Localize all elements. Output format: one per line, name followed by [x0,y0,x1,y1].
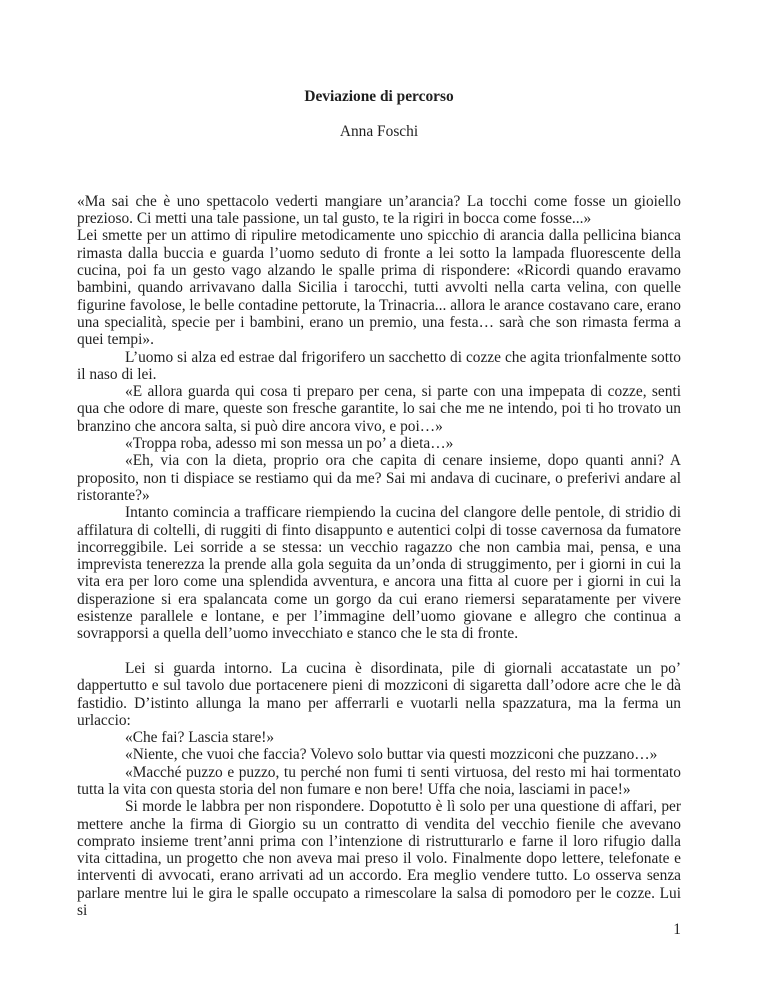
paragraph: Si morde le labbra per non rispondere. D… [77,798,681,919]
paragraph: «Ma sai che è uno spettacolo vederti man… [77,193,681,228]
page-number: 1 [77,921,681,938]
paragraph: «Troppa roba, adesso mi son messa un po’… [77,435,681,452]
document-body: «Ma sai che è uno spettacolo vederti man… [77,193,681,919]
paragraph: «Niente, che vuoi che faccia? Volevo sol… [77,746,681,763]
paragraph: Lei smette per un attimo di ripulire met… [77,227,681,348]
paragraph: Lei si guarda intorno. La cucina è disor… [77,660,681,729]
paragraph: «E allora guarda qui cosa ti preparo per… [77,383,681,435]
page-title: Deviazione di percorso [77,88,681,105]
paragraph: L’uomo si alza ed estrae dal frigorifero… [77,349,681,384]
paragraph: «Eh, via con la dieta, proprio ora che c… [77,452,681,504]
document-author: Anna Foschi [77,123,681,140]
document-page: Deviazione di percorso Anna Foschi «Ma s… [0,0,768,994]
paragraph: «Che fai? Lascia stare!» [77,729,681,746]
paragraph: Intanto comincia a trafficare riempiendo… [77,504,681,642]
paragraph: «Macché puzzo e puzzo, tu perché non fum… [77,764,681,799]
